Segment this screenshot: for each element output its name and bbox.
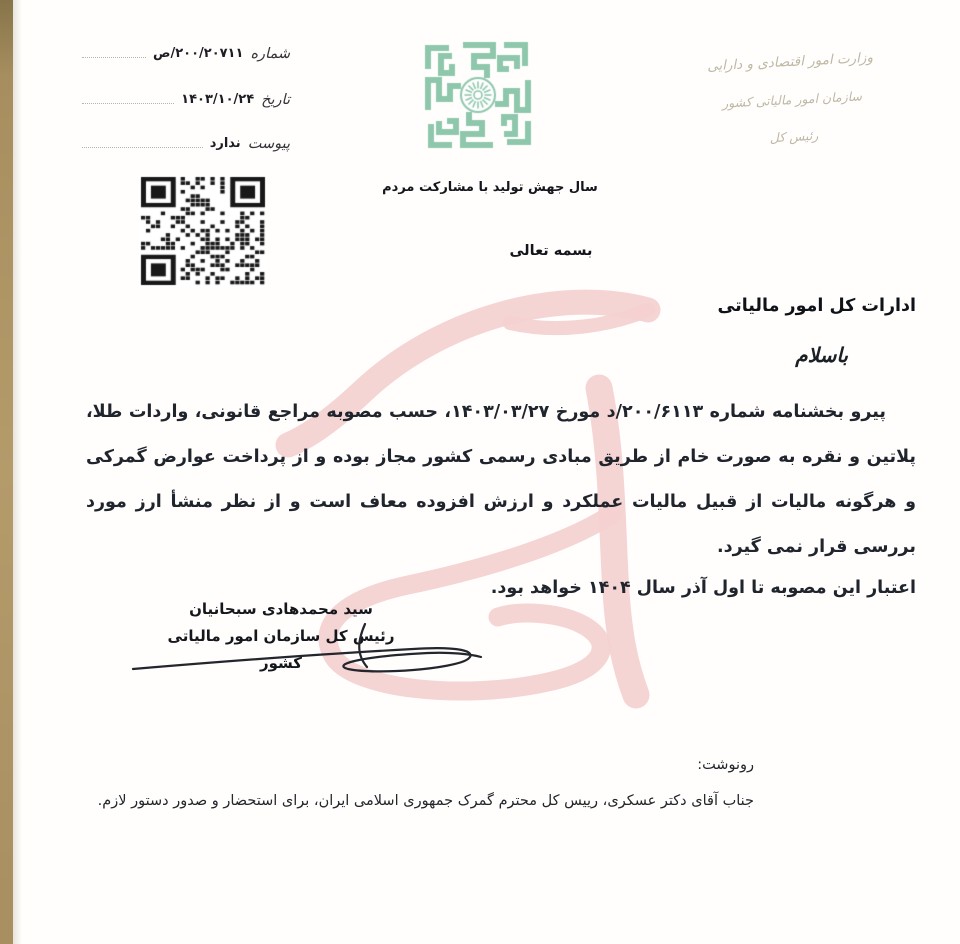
salutation: باسلام	[795, 343, 848, 367]
header-field-number: شماره ۲۰۰/۲۰۷۱۱/ص	[82, 46, 290, 62]
dotted-leader	[82, 147, 203, 148]
handwritten-signature-icon	[118, 612, 498, 690]
year-slogan: سال جهش تولید با مشارکت مردم	[360, 180, 620, 195]
header-field-date: تاریخ ۱۴۰۳/۱۰/۲۴	[82, 92, 290, 108]
tax-administration-emblem-icon	[423, 40, 533, 150]
body-paragraph: پیرو بخشنامه شماره ۲۰۰/۶۱۱۳/د مورخ ۱۴۰۳/…	[86, 390, 916, 570]
letter-body: پیرو بخشنامه شماره ۲۰۰/۶۱۱۳/د مورخ ۱۴۰۳/…	[86, 390, 916, 611]
copy-label: رونوشت:	[98, 747, 754, 783]
dotted-leader	[82, 103, 174, 104]
besmellah: بسمه تعالی	[495, 243, 607, 259]
number-label: شماره	[250, 46, 290, 62]
date-value: ۱۴۰۳/۱۰/۲۴	[181, 92, 254, 107]
copy-to-line: جناب آقای دکتر عسکری، رییس کل محترم گمرک…	[98, 783, 754, 819]
attachment-label: پیوست	[248, 136, 290, 152]
date-label: تاریخ	[261, 92, 290, 108]
attachment-value: ندارد	[210, 136, 241, 151]
photo-edge-strip	[0, 0, 13, 944]
recipient-line: ادارات کل امور مالیاتی	[717, 296, 916, 316]
paper-shadow	[13, 0, 22, 944]
qr-code	[139, 175, 267, 287]
footer-copy-section: رونوشت: جناب آقای دکتر عسکری، رییس کل مح…	[98, 747, 754, 819]
header-field-attachment: پیوست ندارد	[82, 136, 290, 152]
scanned-letter-page: شماره ۲۰۰/۲۰۷۱۱/ص تاریخ ۱۴۰۳/۱۰/۲۴ پیوست…	[0, 0, 960, 944]
ministry-letterhead: وزارت امور اقتصادی و دارایی سازمان امور …	[671, 38, 912, 161]
number-value: ۲۰۰/۲۰۷۱۱/ص	[153, 46, 243, 61]
dotted-leader	[82, 57, 146, 58]
